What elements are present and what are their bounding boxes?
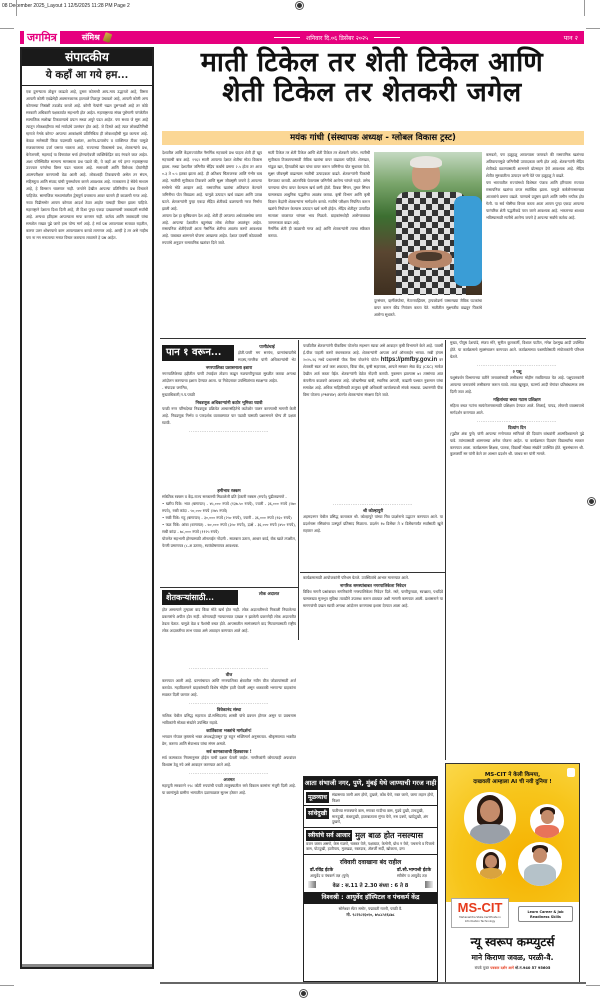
photo-figure: [535, 825, 559, 838]
byline: मयंक गांधी (संस्थापक अध्यक्ष - ग्लोबल वि…: [162, 131, 584, 145]
body-after: कार्यक्रमासाठी आयोजकांनी परिश्रम घेतले. …: [303, 575, 443, 582]
institute-contact: संपर्क मुक्त पत्रकार दर्शन आगे मो.नं.940…: [446, 965, 579, 972]
pan1-subhead-2: निवडणूक अधिकाऱ्यांनी कठोर भूमिका घ्यावी: [162, 399, 296, 406]
doctor-qualification: स्त्रीरोग व आयुर्वेद तज्ञ: [397, 873, 431, 879]
pan1-body-1: नगरपालिकेच्या हद्दीतील पाणी टंचाईवर तोडग…: [162, 371, 296, 385]
student-photo: [530, 804, 564, 838]
photo-figure: [541, 810, 554, 824]
decorative-bar-icon: [425, 881, 433, 888]
ad-service-text: पाठीच्या मणक्याचे त्रास, मणका गादीचा त्र…: [332, 808, 435, 825]
crop-rate-item: • रब्बी पिके: गहू (बागायत) - ३०,००० रुपय…: [162, 515, 296, 522]
headline-line-2: शेती टिकेल तर शेतकरी जगेल: [159, 78, 585, 108]
shet-body: होत असल्याने तुम्हाला वाद किंवा मोठे खर्…: [162, 607, 296, 662]
institute-badge-icon: [567, 768, 575, 777]
ad-timing-row: वेळ : स.11 ते 2.30 संध्या : 6 ते 8: [304, 879, 437, 891]
newspaper-logo: जगमित्र: [20, 31, 60, 44]
mscit-computer-ad: MS-CIT ने केली किमया, दाखवली आम्हाला AI …: [445, 763, 580, 983]
ad-doctors: डॉ.रविंद्र ईटकेआयुर्वेद व पंचकर्म तज्ञ (…: [304, 867, 437, 879]
article-column-1: देशातील आणि केंद्रराज्यांतील नैसर्गिक मह…: [162, 150, 262, 335]
crop-rates-block: हमीभाव रक्कम संकेतिक रक्कम व केंद्र-राज्…: [162, 487, 296, 585]
crop-rates-subhead: हमीभाव रक्कम: [162, 487, 296, 494]
photo-soil: [416, 252, 442, 261]
divider: [300, 572, 446, 573]
body-ajamat: महायुती सरकारने १९८ कोटी रुपयांची परळी त…: [162, 783, 296, 797]
page-number: पान २: [564, 33, 578, 42]
mscit-logo-text: MS-CIT: [452, 899, 508, 916]
body-work: सर्व कामकाज नियमानुसार होईल याची दक्षता …: [162, 755, 296, 769]
shet-kicker-block: लोक अदालत: [242, 590, 296, 608]
divider: ........................................…: [162, 769, 296, 776]
divider: ........................................…: [303, 500, 443, 507]
student-photo: [476, 849, 506, 879]
divider: [274, 37, 300, 38]
divider: [160, 338, 586, 339]
subhead-ajamat: अजमत: [162, 776, 296, 783]
institute-name: न्यू स्वरूप कम्प्युटर्स: [446, 934, 579, 950]
photo-figure: [470, 824, 510, 844]
divider: ........................................…: [162, 664, 296, 671]
pan1-sign: - संपादक जगमित्र, मुख्याधिकारी,न.प.परळी: [162, 385, 296, 399]
civic-block: कार्यक्रमासाठी आयोजकांनी परिश्रम घेतले. …: [303, 575, 443, 773]
article-column-3: कमवतो, पण हळूहळू आपल्याला जाणवते की रासा…: [486, 152, 584, 330]
crop-rate-text: खरीप पिके: भात (बागायत) - ४५,००० रुपये (…: [162, 501, 296, 513]
subhead-electricity: वीज: [162, 671, 296, 678]
kolhapuri-block: ........................................…: [303, 500, 443, 570]
divider: ........................................…: [450, 417, 584, 424]
subhead-vivekanand: विवेकानंद संस्था: [162, 706, 296, 713]
divider: ........................................…: [162, 699, 296, 706]
ad-timing: वेळ : स.11 ते 2.30 संध्या : 6 ते 8: [333, 881, 409, 889]
editorial-title: ये कहाँ आ गये हम...: [22, 66, 152, 86]
masthead: जगमित्र संमिश्र शनिवार दि.०६ डिसेंबर २०२…: [20, 31, 584, 44]
crop-mark: [16, 0, 17, 16]
body-electricity: करण्यात आली आहे. ग्रामपंचायत आणि नगरपालि…: [162, 678, 296, 699]
article-column-2: माती टिकेल तर शेती टिकेल आणि शेती टिकेल …: [268, 150, 370, 335]
subhead-work: सर्व कामकाजाची हितकारक !: [162, 748, 296, 755]
student-photo: [518, 842, 562, 886]
doctor-2: डॉ.सौ.भाग्यश्री ईटकेस्त्रीरोग व आयुर्वेद…: [397, 867, 431, 879]
crop-rates-intro: संकेतिक रक्कम व केंद्र-राज्य सरकारची मिळ…: [162, 494, 296, 501]
contact-label: संपर्क मुक्त: [475, 966, 490, 970]
body-women: महिला बचत गटांना स्वयंरोजगारासाठी प्रशिक…: [450, 403, 584, 417]
crop-rate-text: फळ पिके: आंबा (बागायत) - ७०,००० रुपये (३…: [162, 522, 296, 534]
divider: [22, 964, 152, 967]
body-vivekanand: नाशिक येथील प्रसिद्ध महाराज डॉ.सच्चिदानं…: [162, 713, 296, 727]
ad-service-text: संडासच्या जागी आग होणे, दुखणे, कोंब येणे…: [332, 792, 435, 803]
photo-figure: [533, 848, 547, 863]
divider: [445, 340, 446, 760]
ad-extra-text: वजन जास्त असणे, केस गळणे, चक्कर येणे, पक…: [306, 841, 435, 852]
mscit-logo-subtitle: Maharashtra State Certificate in Informa…: [452, 916, 508, 923]
subhead-kartik: कार्तिकाला भक्तांचे मार्गदर्शन!: [162, 727, 296, 734]
date-text: शनिवार दि.०६ डिसेंबर २०२५: [306, 34, 368, 42]
body-disability-day: (पुढील अंक पुणे) यांनी आपल्या मनोगतात सा…: [450, 431, 584, 459]
photo-figure: [480, 868, 502, 879]
doctor-name: डॉ.सौ.भाग्यश्री ईटके: [397, 868, 431, 873]
institute-address: माने किराणा जवळ, परळी-वै.: [446, 952, 579, 963]
doctor-name: डॉ.रविंद्र ईटके: [310, 868, 333, 873]
print-slug: 08 December 2025_Layout 1 12/5/2025 11:2…: [2, 3, 130, 9]
pan1-body-2: परळी नगर परिषदेच्या निवडणूक प्रक्रियेत आ…: [162, 406, 296, 427]
section-name: संमिश्र: [82, 32, 100, 43]
subhead-kolhapuri: श्री कोल्हापुरी: [303, 507, 443, 514]
ad-service-row: सांधेदुखी पाठीच्या मणक्याचे त्रास, मणका …: [304, 806, 437, 828]
editorial-body: एक दुसऱ्याला ठोकून काढतो आहे, दुसरा कोणा…: [22, 86, 152, 976]
subhead-civic: नागरिक समस्यांबाबत नगरपालिकेला निवेदन: [303, 582, 443, 589]
ad-service-tag: स्त्रीयांचे सर्व आजार: [306, 830, 352, 841]
pan1-lead-text: होती.पाणी मग सरपंच, ग्रामपंचायतीचे सदस्य…: [238, 350, 296, 364]
hospital-name: विश्वश्री : आयुर्वेद हॉस्पिटल व पंचकर्म …: [304, 892, 437, 904]
crop-rate-text: रब्बी पिके: गहू (बागायत) - ३०,००० रुपये …: [165, 515, 291, 520]
doctor-1: डॉ.रविंद्र ईटकेआयुर्वेद व पंचकर्म तज्ञ (…: [310, 867, 349, 879]
body-kartik: भगवान गोपाल कृष्णाचे भक्त अंधश्रद्धेपासू…: [162, 734, 296, 748]
ad-service-text: मुल बाळ होत नसल्यास: [355, 830, 423, 841]
ad-hero: MS-CIT ने केली किमया, दाखवली आम्हाला AI …: [446, 764, 579, 902]
ad-headline: MS-CIT ने केली किमया, दाखवली आम्हाला AI …: [446, 764, 579, 786]
decorative-bar-icon: [308, 881, 316, 888]
bottom-column-2-top: परळीतील शेतकऱ्यांनी पीकविमा योजनेत सहभाग…: [303, 343, 443, 498]
ad-sunday-closed: रविवारी दवाखाना बंद राहील: [304, 855, 437, 867]
ad-service-row: स्त्रीयांचे सर्व आजार मुल बाळ होत नसल्या…: [304, 828, 437, 855]
hospital-phone: मो. ९८२२८१६०१०, ७५८८५१६८७८: [304, 912, 437, 918]
main-headline: माती टिकेल तर शेती टिकेल आणि शेती टिकेल …: [159, 48, 585, 108]
article-continuation: दूरसंचार, व्हर्मीकंपोस्ट, मेटारायझियम, ट…: [374, 298, 482, 334]
pmfby-url-link[interactable]: https://pmfby.gov.in: [381, 357, 437, 363]
pan1-subhead-1: नगरपालिका प्रशासनाला इशारा: [162, 364, 296, 371]
body-civic: विविध नागरी प्रश्नांबाबत नागरिकांनी नगरप…: [303, 589, 443, 610]
body-livestock: पशुसंवर्धन विभागाच्या वतीने जनावरांसाठी …: [450, 375, 584, 396]
headline-line-1: माती टिकेल तर शेती टिकेल आणि: [159, 48, 585, 78]
doctor-qualification: आयुर्वेद व पंचकर्म तज्ञ (पुणे): [310, 873, 349, 879]
divider: ........................................…: [162, 427, 296, 434]
crop-rate-item: • फळ पिके: आंबा (बागायत) - ७०,००० रुपये …: [162, 522, 296, 536]
divider: [298, 340, 299, 640]
ad-learn-badge: Learn Career & Job Readiness Skills: [518, 906, 573, 922]
ayurved-hospital-ad: आता संभाजी नगर, पुणे, मुंबई येथे जाण्याच…: [303, 776, 438, 982]
ad-headline-line-1: MS-CIT ने केली किमया,: [446, 772, 579, 779]
editorial-column: संपादकीय ये कहाँ आ गये हम... एक दुसऱ्याल…: [20, 47, 154, 969]
ad-service-tag: मूळव्याध: [306, 792, 329, 803]
subhead-disability-day: दिव्यांग दिन: [450, 424, 584, 431]
article-photo-farmer-holding-soil: [374, 152, 482, 295]
registration-mark-icon: [588, 498, 595, 505]
pan1-lead: पाणीटंचाई होती.पाणी मग सरपंच, ग्रामपंचाय…: [238, 343, 296, 364]
mscit-logo: MS-CIT Maharashtra State Certificate in …: [451, 898, 509, 928]
ad-banner: आता संभाजी नगर, पुणे, मुंबई येथे जाण्याच…: [304, 777, 437, 790]
contact-name: पत्रकार दर्शन आगे: [490, 966, 514, 970]
hospital-address: सोमेश्वर सेंटर समोर, पद्मावती गल्ली, परळ…: [304, 904, 437, 912]
ad-service-row: मूळव्याध संडासच्या जागी आग होणे, दुखणे, …: [304, 790, 437, 806]
shet-kicker: लोक अदालत: [242, 590, 296, 597]
crop-mark: [0, 28, 14, 29]
photo-figure: [485, 855, 497, 868]
right-intro: मुख्य, पीयूष देशपांडे, संजय मोरे, सुनील …: [450, 340, 584, 361]
crop-rate-item: • खरीप पिके: भात (बागायत) - ४५,००० रुपये…: [162, 501, 296, 515]
divider: ........................................…: [450, 361, 584, 368]
subhead-livestock: २ पशू: [450, 368, 584, 375]
editorial-label: संपादकीय: [22, 49, 152, 66]
pan1-body: नगरपालिका प्रशासनाला इशारा नगरपालिकेच्या…: [162, 364, 296, 484]
registration-mark-icon: [300, 990, 307, 997]
photo-figure: [480, 800, 500, 822]
divider: [160, 587, 298, 588]
photo-figure: [524, 864, 556, 886]
crop-mark: [584, 0, 585, 16]
registration-mark-icon: [296, 2, 303, 9]
divider: [374, 37, 400, 38]
body-kolhapuri: अहमदनगर येथील प्रसिद्ध कलाकार श्री. कोल्…: [303, 514, 443, 535]
crop-mark: [586, 28, 600, 29]
crop-rates-footer: योजनेत सहभागी होण्यासाठी ऑनलाईन नोंदणी -…: [162, 536, 296, 550]
right-column: मुख्य, पीयूष देशपांडे, संजय मोरे, सुनील …: [450, 340, 584, 760]
for-farmers-label: शेतकऱ्यांसाठी...: [162, 590, 238, 605]
photo-figure: [454, 196, 482, 286]
photo-figure: [410, 156, 442, 168]
crop-mark: [0, 985, 14, 986]
ad-headline-line-2: दाखवली आम्हाला AI ची नवी दुनिया !: [446, 779, 579, 786]
page-bottom-rule: [160, 982, 586, 984]
ad-service-tag: सांधेदुखी: [306, 808, 329, 819]
subhead-women: महिलांच्या बचत गटास प्रशिक्षण: [450, 396, 584, 403]
issue-date: शनिवार दि.०६ डिसेंबर २०२५: [111, 34, 564, 42]
contact-phone: मो.नं.940 57 95605: [515, 966, 550, 970]
student-photo: [464, 792, 516, 844]
continued-from-page-1-label: पान १ वरून...: [162, 345, 234, 361]
bottom-column-1: ........................................…: [162, 664, 296, 979]
pan1-kicker: पाणीटंचाई: [238, 343, 296, 350]
crop-mark: [586, 985, 600, 986]
